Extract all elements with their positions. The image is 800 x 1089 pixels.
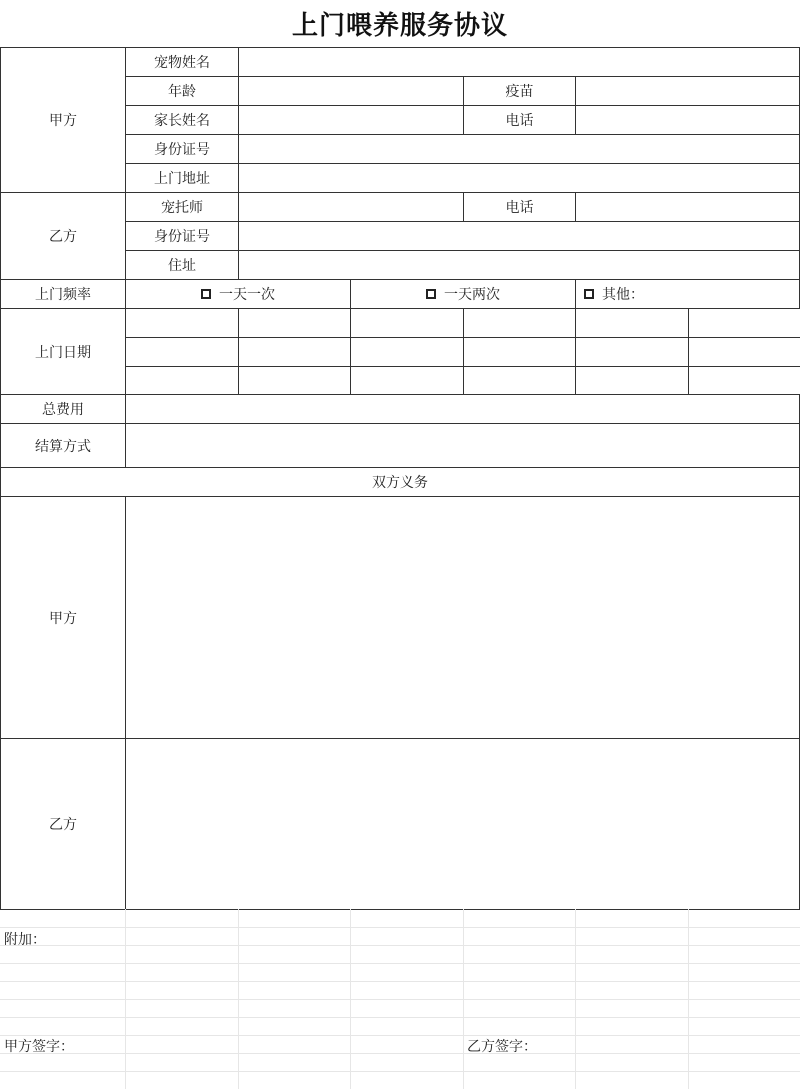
document-title: 上门喂养服务协议	[0, 0, 800, 47]
total-fee-label: 总费用	[0, 394, 126, 424]
visit-address-label: 上门地址	[125, 163, 239, 193]
visit-date-cell[interactable]	[463, 337, 576, 367]
vaccine-label: 疫苗	[463, 76, 576, 106]
gridline	[238, 909, 239, 1089]
pet-name-field[interactable]	[238, 47, 800, 77]
party-a-label: 甲方	[0, 47, 126, 193]
checkbox-icon[interactable]	[584, 289, 594, 299]
obligations-party-a-field[interactable]	[125, 496, 800, 739]
sitter-address-label: 住址	[125, 250, 239, 280]
visit-date-cell[interactable]	[688, 366, 800, 396]
settlement-field[interactable]	[125, 423, 800, 468]
party-a-signature-label: 甲方签字：	[4, 1036, 74, 1056]
visit-date-cell[interactable]	[688, 308, 800, 338]
sitter-id-label: 身份证号	[125, 221, 239, 251]
sitter-field[interactable]	[238, 192, 464, 222]
gridline	[0, 1053, 800, 1054]
gridline	[0, 927, 800, 928]
checkbox-icon[interactable]	[426, 289, 436, 299]
visit-date-cell[interactable]	[125, 366, 239, 396]
option-label: 其他：	[602, 284, 644, 304]
visit-date-cell[interactable]	[575, 308, 689, 338]
frequency-label: 上门频率	[0, 279, 126, 309]
settlement-label: 结算方式	[0, 423, 126, 468]
visit-date-cell[interactable]	[575, 366, 689, 396]
visit-date-cell[interactable]	[238, 308, 351, 338]
obligations-header: 双方义务	[0, 467, 800, 497]
owner-id-label: 身份证号	[125, 134, 239, 164]
vaccine-field[interactable]	[575, 76, 800, 106]
visit-date-cell[interactable]	[463, 308, 576, 338]
owner-phone-label: 电话	[463, 105, 576, 135]
visit-date-cell[interactable]	[238, 337, 351, 367]
frequency-option-twice[interactable]: 一天两次	[350, 279, 576, 309]
sitter-label: 宠托师	[125, 192, 239, 222]
obligations-party-b-field[interactable]	[125, 738, 800, 910]
gridline	[575, 909, 576, 1089]
frequency-option-other[interactable]: 其他：	[575, 279, 800, 309]
gridline	[0, 1017, 800, 1018]
gridline	[0, 999, 800, 1000]
visit-date-cell[interactable]	[350, 337, 464, 367]
option-label: 一天一次	[219, 284, 275, 304]
additional-label: 附加：	[4, 929, 46, 949]
gridline	[0, 1071, 800, 1072]
gridline	[0, 981, 800, 982]
obligations-party-b-label: 乙方	[0, 738, 126, 910]
visit-date-cell[interactable]	[238, 366, 351, 396]
gridline	[0, 945, 800, 946]
obligations-party-a-label: 甲方	[0, 496, 126, 739]
sitter-id-field[interactable]	[238, 221, 800, 251]
sitter-phone-field[interactable]	[575, 192, 800, 222]
pet-name-label: 宠物姓名	[125, 47, 239, 77]
age-field[interactable]	[238, 76, 464, 106]
total-fee-field[interactable]	[125, 394, 800, 424]
owner-name-label: 家长姓名	[125, 105, 239, 135]
age-label: 年龄	[125, 76, 239, 106]
option-label: 一天两次	[444, 284, 500, 304]
visit-address-field[interactable]	[238, 163, 800, 193]
gridline	[0, 963, 800, 964]
sitter-phone-label: 电话	[463, 192, 576, 222]
sitter-address-field[interactable]	[238, 250, 800, 280]
visit-date-cell[interactable]	[125, 308, 239, 338]
owner-name-field[interactable]	[238, 105, 464, 135]
visit-date-cell[interactable]	[688, 337, 800, 367]
visit-date-cell[interactable]	[575, 337, 689, 367]
visit-dates-label: 上门日期	[0, 308, 126, 395]
gridline	[350, 909, 351, 1089]
owner-id-field[interactable]	[238, 134, 800, 164]
checkbox-icon[interactable]	[201, 289, 211, 299]
visit-date-cell[interactable]	[463, 366, 576, 396]
party-b-label: 乙方	[0, 192, 126, 280]
visit-date-cell[interactable]	[125, 337, 239, 367]
owner-phone-field[interactable]	[575, 105, 800, 135]
party-b-signature-label: 乙方签字：	[467, 1036, 537, 1056]
visit-date-cell[interactable]	[350, 308, 464, 338]
gridline	[463, 909, 464, 1089]
gridline	[688, 909, 689, 1089]
gridline	[0, 1035, 800, 1036]
visit-date-cell[interactable]	[350, 366, 464, 396]
gridline	[125, 909, 126, 1089]
frequency-option-once[interactable]: 一天一次	[125, 279, 351, 309]
